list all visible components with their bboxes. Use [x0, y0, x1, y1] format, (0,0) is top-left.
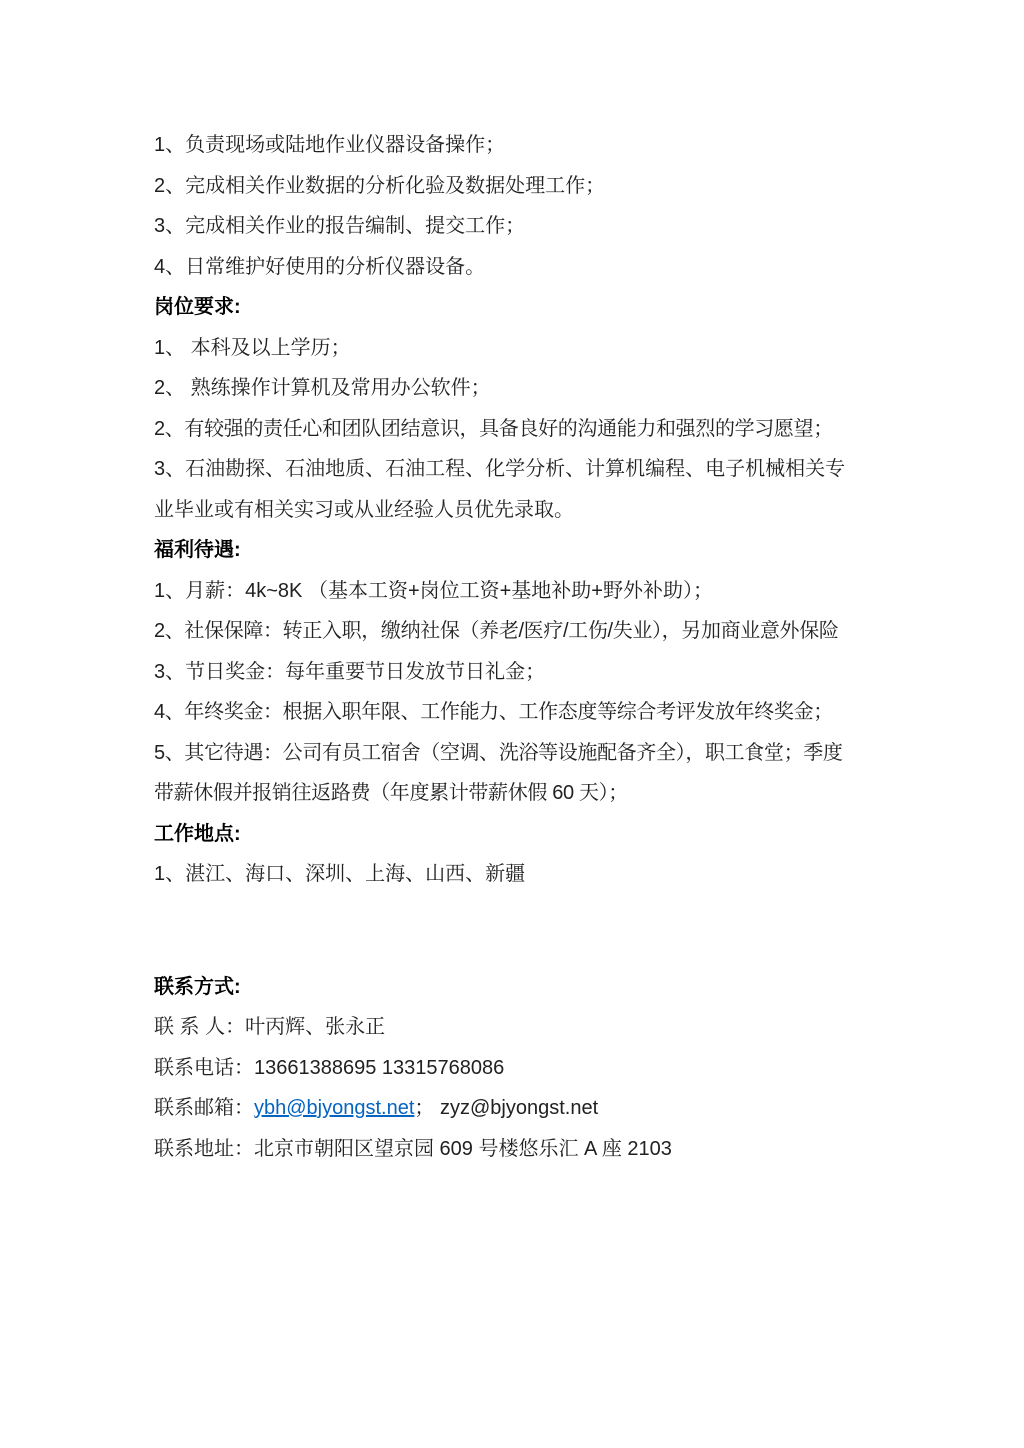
benefit-item-3: 3、节日奖金：每年重要节日发放节日礼金； — [154, 652, 860, 693]
requirements-heading: 岗位要求: — [154, 287, 860, 328]
contact-address-label: 联系地址： — [154, 1138, 254, 1160]
duty-item-1: 1、负责现场或陆地作业仪器设备操作； — [154, 125, 860, 166]
contact-email-line: 联系邮箱：ybh@bjyongst.net； zyz@bjyongst.net — [154, 1088, 860, 1129]
duty-item-2: 2、完成相关作业数据的分析化验及数据处理工作； — [154, 166, 860, 207]
document-content: 1、负责现场或陆地作业仪器设备操作； 2、完成相关作业数据的分析化验及数据处理工… — [154, 125, 860, 1169]
benefit-item-1: 1、月薪：4k~8K （基本工资+岗位工资+基地补助+野外补助）； — [154, 571, 860, 612]
requirement-item-2: 2、 熟练操作计算机及常用办公软件； — [154, 368, 860, 409]
contact-email-secondary: zyz@bjyongst.net — [440, 1097, 598, 1119]
section-gap — [154, 895, 860, 967]
document-page: 1、负责现场或陆地作业仪器设备操作； 2、完成相关作业数据的分析化验及数据处理工… — [0, 0, 1024, 1448]
email-link[interactable]: ybh@bjyongst.net — [254, 1097, 414, 1119]
benefit-item-4: 4、年终奖金：根据入职年限、工作能力、工作态度等综合考评发放年终奖金； — [154, 692, 860, 733]
requirement-item-3: 2、有较强的责任心和团队团结意识，具备良好的沟通能力和强烈的学习愿望； — [154, 409, 860, 450]
location-item-1: 1、湛江、海口、深圳、上海、山西、新疆 — [154, 854, 860, 895]
benefit-item-5: 5、其它待遇：公司有员工宿舍（空调、洗浴等设施配备齐全），职工食堂；季度带薪休假… — [154, 733, 860, 814]
requirement-item-4: 3、石油勘探、石油地质、石油工程、化学分析、计算机编程、电子机械相关专业毕业或有… — [154, 449, 860, 530]
contact-address-value: 北京市朝阳区望京园 609 号楼悠乐汇 A 座 2103 — [254, 1138, 672, 1160]
contact-phone-value: 13661388695 13315768086 — [254, 1057, 504, 1079]
contact-address-line: 联系地址：北京市朝阳区望京园 609 号楼悠乐汇 A 座 2103 — [154, 1129, 860, 1170]
duty-item-4: 4、日常维护好使用的分析仪器设备。 — [154, 247, 860, 288]
contact-email-label: 联系邮箱： — [154, 1097, 254, 1119]
contact-email-separator: ； — [414, 1097, 440, 1119]
benefit-item-2: 2、社保保障：转正入职，缴纳社保（养老/医疗/工伤/失业），另加商业意外保险 — [154, 611, 860, 652]
contact-person-line: 联 系 人：叶丙辉、张永正 — [154, 1007, 860, 1048]
benefits-heading: 福利待遇: — [154, 530, 860, 571]
contact-phone-label: 联系电话： — [154, 1057, 254, 1079]
requirement-item-1: 1、 本科及以上学历； — [154, 328, 860, 369]
contact-phone-line: 联系电话：13661388695 13315768086 — [154, 1048, 860, 1089]
contact-heading: 联系方式: — [154, 967, 860, 1008]
contact-person-value: 叶丙辉、张永正 — [245, 1016, 385, 1038]
duty-item-3: 3、完成相关作业的报告编制、提交工作； — [154, 206, 860, 247]
contact-person-label: 联 系 人： — [154, 1016, 245, 1038]
location-heading: 工作地点: — [154, 814, 860, 855]
